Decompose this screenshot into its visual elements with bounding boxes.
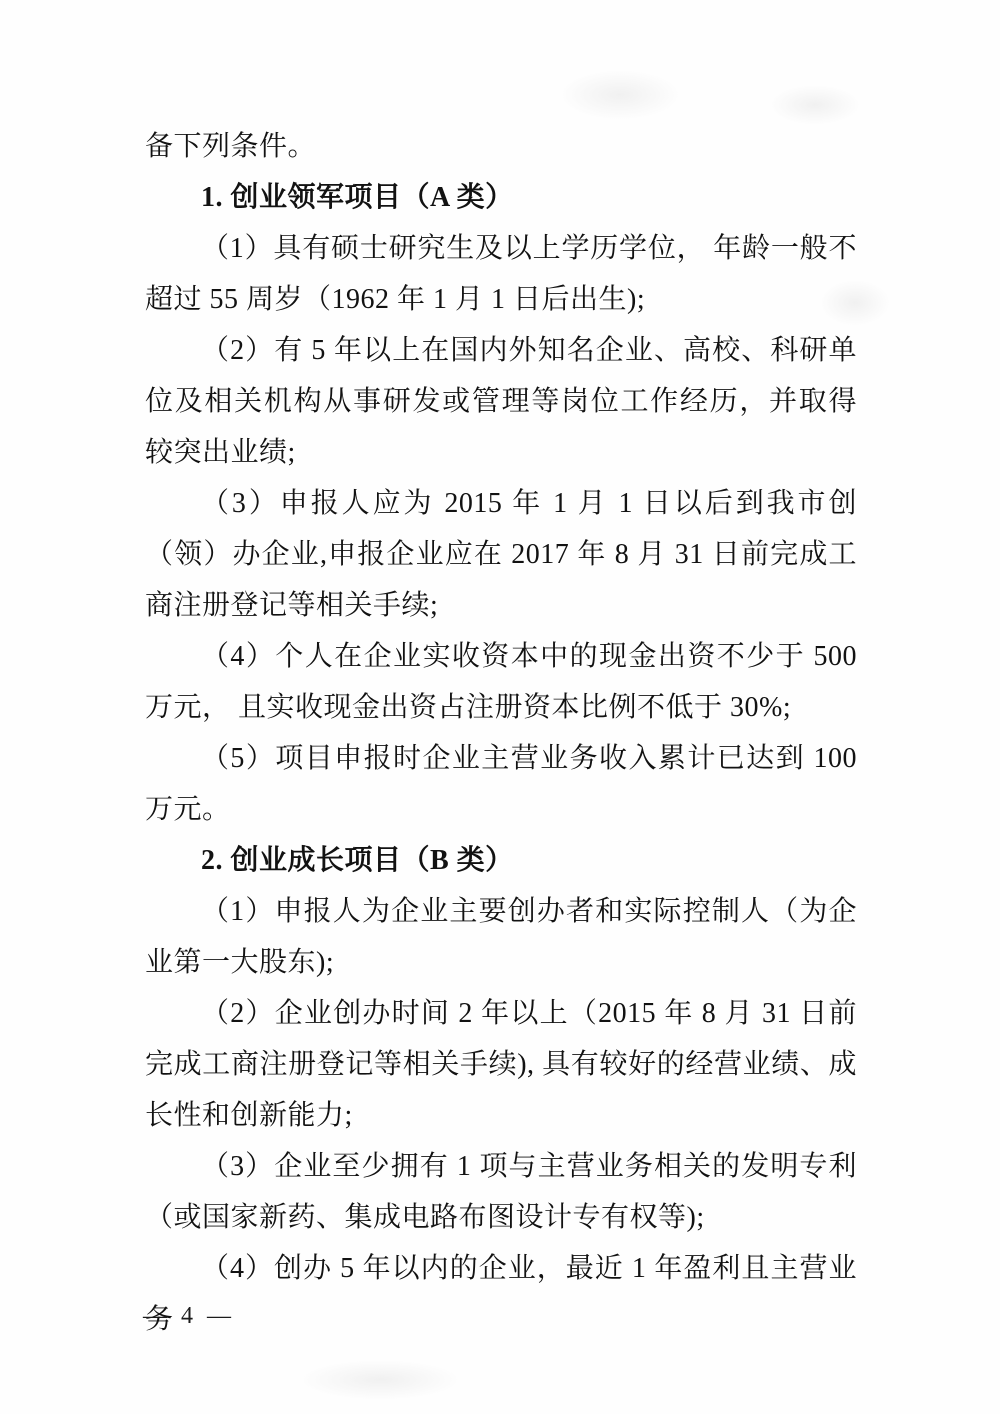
paragraph-a-item-3: （3）申报人应为 2015 年 1 月 1 日以后到我市创（领）办企业,申报企业…	[145, 478, 857, 631]
scan-artifact	[300, 1360, 460, 1400]
document-body: 备下列条件。 1. 创业领军项目（A 类） （1）具有硕士研究生及以上学历学位，…	[145, 121, 857, 1345]
scanned-document-page: 备下列条件。 1. 创业领军项目（A 类） （1）具有硕士研究生及以上学历学位，…	[0, 0, 1000, 1414]
paragraph-continuation: 备下列条件。	[145, 121, 857, 172]
paragraph-a-item-2: （2）有 5 年以上在国内外知名企业、高校、科研单位及相关机构从事研发或管理等岗…	[145, 325, 857, 478]
section-heading-category-b: 2. 创业成长项目（B 类）	[145, 835, 857, 886]
page-number: — 4 —	[143, 1303, 235, 1330]
paragraph-a-item-5: （5）项目申报时企业主营业务收入累计已达到 100 万元。	[145, 733, 857, 835]
paragraph-b-item-1: （1）申报人为企业主要创办者和实际控制人（为企业第一大股东);	[145, 886, 857, 988]
paragraph-a-item-4: （4）个人在企业实收资本中的现金出资不少于 500 万元， 且实收现金出资占注册…	[145, 631, 857, 733]
paragraph-b-item-4: （4）创办 5 年以内的企业，最近 1 年盈利且主营业务	[145, 1243, 857, 1345]
scan-artifact	[560, 70, 680, 120]
section-heading-category-a: 1. 创业领军项目（A 类）	[145, 172, 857, 223]
paragraph-a-item-1: （1）具有硕士研究生及以上学历学位， 年龄一般不超过 55 周岁（1962 年 …	[145, 223, 857, 325]
scan-artifact	[770, 85, 860, 125]
paragraph-b-item-3: （3）企业至少拥有 1 项与主营业务相关的发明专利（或国家新药、集成电路布图设计…	[145, 1141, 857, 1243]
paragraph-b-item-2: （2）企业创办时间 2 年以上（2015 年 8 月 31 日前完成工商注册登记…	[145, 988, 857, 1141]
